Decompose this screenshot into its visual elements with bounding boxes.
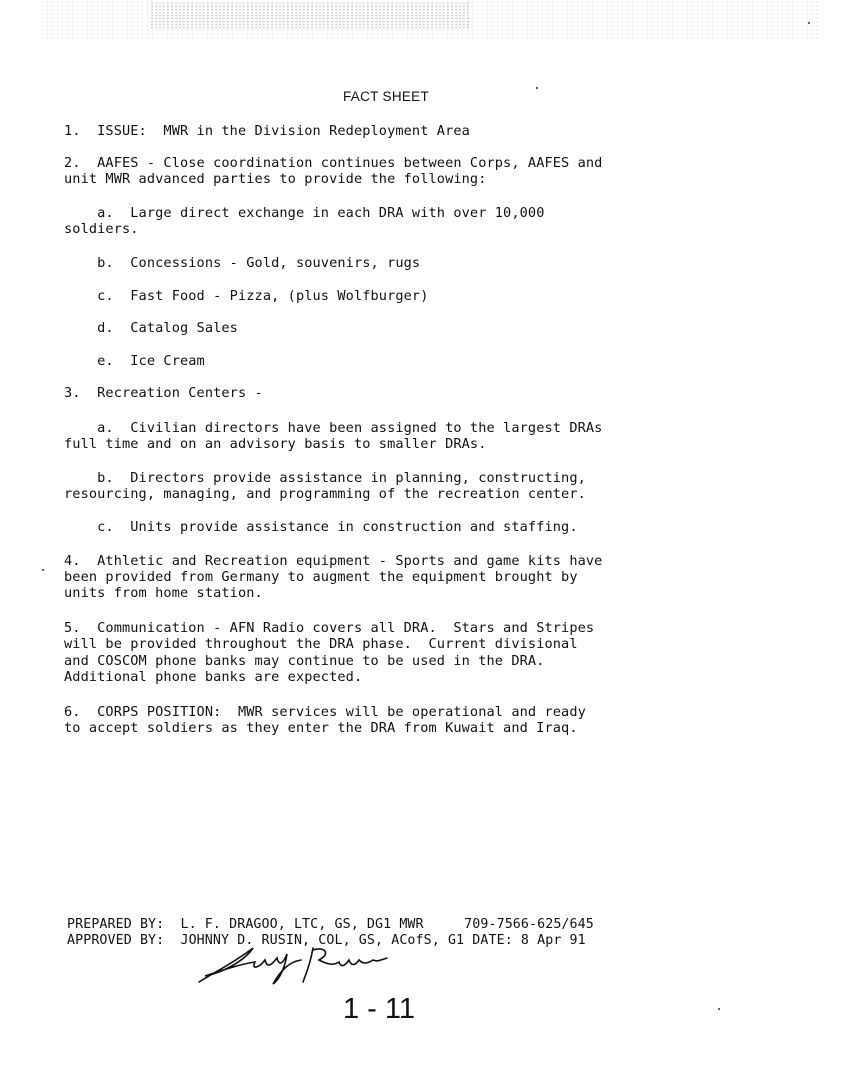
item-3c: c. Units provide assistance in construct… bbox=[64, 519, 578, 535]
item-2-aafes-cont: unit MWR advanced parties to provide the… bbox=[64, 171, 487, 187]
item-5-communication: 5. Communication - AFN Radio covers all … bbox=[64, 620, 594, 636]
scan-speck bbox=[536, 87, 538, 89]
scan-speck bbox=[718, 1008, 720, 1010]
item-6-cont: to accept soldiers as they enter the DRA… bbox=[64, 720, 578, 736]
item-3a-cont: full time and on an advisory basis to sm… bbox=[64, 436, 487, 452]
item-5-cont-2: and COSCOM phone banks may continue to b… bbox=[64, 653, 544, 669]
item-4-cont-1: been provided from Germany to augment th… bbox=[64, 569, 578, 585]
item-4-cont-2: units from home station. bbox=[64, 585, 263, 601]
item-5-cont-3: Additional phone banks are expected. bbox=[64, 669, 362, 685]
scan-speck bbox=[808, 22, 810, 24]
page-number: 1 - 11 bbox=[343, 993, 415, 1026]
document-title: FACT SHEET bbox=[343, 89, 429, 105]
item-1-issue: 1. ISSUE: MWR in the Division Redeployme… bbox=[64, 123, 470, 139]
item-2b: b. Concessions - Gold, souvenirs, rugs bbox=[64, 255, 420, 271]
scan-speck bbox=[42, 569, 44, 571]
signature bbox=[195, 940, 395, 988]
item-2e: e. Ice Cream bbox=[64, 353, 205, 369]
item-5-cont-1: will be provided throughout the DRA phas… bbox=[64, 636, 578, 652]
item-2d: d. Catalog Sales bbox=[64, 320, 238, 336]
fact-sheet-page: FACT SHEET 1. ISSUE: MWR in the Division… bbox=[0, 0, 850, 1091]
item-3-recreation-centers: 3. Recreation Centers - bbox=[64, 385, 263, 401]
scan-noise bbox=[150, 2, 470, 30]
item-3b-cont: resourcing, managing, and programming of… bbox=[64, 486, 586, 502]
item-3b: b. Directors provide assistance in plann… bbox=[64, 470, 586, 486]
item-3a: a. Civilian directors have been assigned… bbox=[64, 420, 602, 436]
item-2c: c. Fast Food - Pizza, (plus Wolfburger) bbox=[64, 288, 429, 304]
item-6-corps-position: 6. CORPS POSITION: MWR services will be … bbox=[64, 704, 586, 720]
item-4-athletic: 4. Athletic and Recreation equipment - S… bbox=[64, 553, 602, 569]
prepared-by-line: PREPARED BY: L. F. DRAGOO, LTC, GS, DG1 … bbox=[67, 917, 594, 933]
item-2a-cont: soldiers. bbox=[64, 221, 139, 237]
item-2a: a. Large direct exchange in each DRA wit… bbox=[64, 205, 544, 221]
item-2-aafes: 2. AAFES - Close coordination continues … bbox=[64, 155, 602, 171]
